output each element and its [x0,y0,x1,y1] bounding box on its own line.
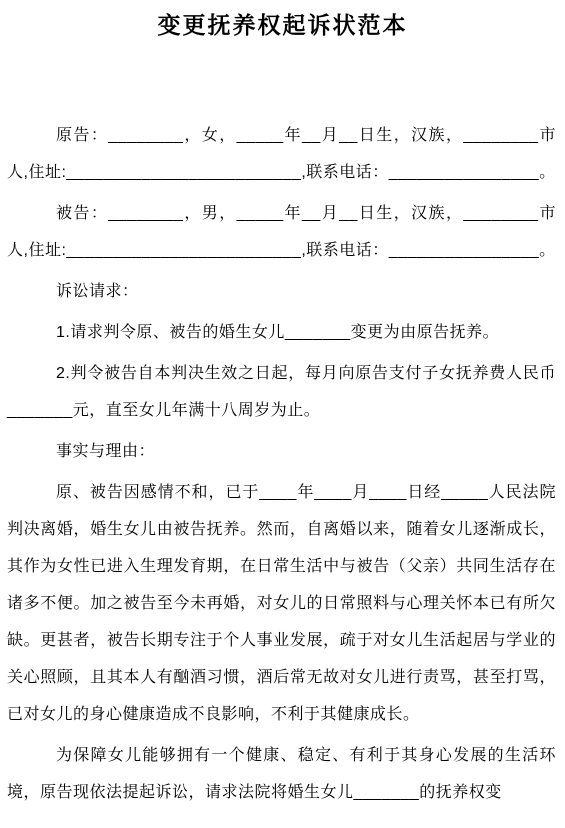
heading-claims: 诉讼请求： [0,273,565,310]
document-page: 变更抚养权起诉状范本 原告：________，女，_____年__月__日生，汉… [0,0,565,828]
paragraph-claim-2: 2.判令被告自本判决生效之日起，每月向原告支付子女抚养费人民币_______元，… [0,355,565,429]
paragraph-defendant-info: 被告：________，男，_____年__月__日生，汉族，________市… [0,195,565,269]
heading-facts-and-reasons: 事实与理由： [0,433,565,470]
paragraph-claim-1: 1.请求判令原、被告的婚生女儿_______变更为由原告抚养。 [0,314,565,351]
paragraph-plaintiff-info: 原告：________，女，_____年__月__日生，汉族，________市… [0,117,565,191]
paragraph-conclusion-partial: 为保障女儿能够拥有一个健康、稳定、有利于其身心发展的生活环境，原告现依法提起诉讼… [0,737,565,811]
document-body: 原告：________，女，_____年__月__日生，汉族，________市… [0,117,565,811]
document-title: 变更抚养权起诉状范本 [0,0,565,45]
paragraph-facts: 原、被告因感情不和，已于____年____月____日经_____人民法院判决离… [0,474,565,733]
